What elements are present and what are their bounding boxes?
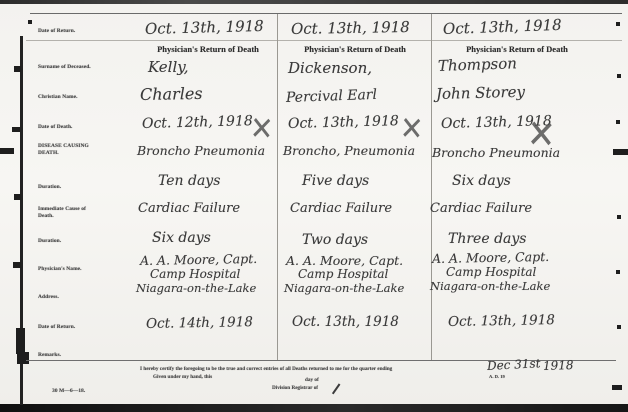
scan-dot-right-4 — [617, 215, 621, 219]
record-1-surname: Kelly, — [148, 58, 189, 76]
division-registrar-label: Division Registrar of — [272, 385, 318, 391]
record-3-address-line2: Niagara-on-the-Lake — [430, 279, 550, 293]
record-1-date-of-death: Oct. 12th, 1918 — [142, 113, 253, 132]
label-duration-1: Duration. — [38, 184, 61, 191]
label-address: Address. — [38, 294, 59, 301]
scan-dot-right-5 — [616, 270, 620, 274]
scan-edge-bottom — [0, 404, 628, 412]
column-divider-1 — [277, 14, 278, 360]
record-2-immediate-cause: Cardiac Failure — [290, 201, 392, 216]
given-under-hand-line: Given under my hand, this — [153, 374, 212, 380]
label-date-of-return: Date of Return. — [38, 28, 75, 35]
scan-dot-top-left — [28, 20, 32, 24]
scan-dot-right-1 — [616, 22, 620, 26]
certification-line: I hereby certify the foregoing to be the… — [140, 366, 392, 372]
scan-blot-left-bottom — [17, 352, 29, 364]
form-number: 30 M—6—18. — [52, 388, 85, 394]
record-2-christian-name: Percival Earl — [286, 87, 378, 106]
label-duration-2: Duration. — [38, 238, 61, 245]
label-remarks: Remarks. — [38, 352, 61, 359]
rule-under-return-row — [26, 40, 622, 41]
record-1-address-line2: Niagara-on-the-Lake — [136, 281, 256, 295]
scan-tick-left-5 — [13, 262, 21, 268]
x-mark-icon-2: ✕ — [399, 109, 424, 148]
scan-dot-right-3 — [616, 120, 620, 124]
record-1-immediate-cause: Cardiac Failure — [138, 201, 240, 216]
record-2-address-line2: Niagara-on-the-Lake — [284, 281, 404, 295]
record-3-surname: Thompson — [438, 54, 518, 75]
scan-edge-top — [0, 0, 628, 4]
label-christian-name: Christian Name. — [38, 94, 78, 101]
scan-blot-left-lower — [16, 328, 25, 354]
record-3-duration-1: Six days — [452, 173, 511, 189]
record-3-immediate-cause: Cardiac Failure — [430, 201, 532, 216]
column-header-1: Physician's Return of Death — [141, 44, 275, 54]
label-disease-line1: DISEASE CAUSING — [38, 143, 89, 150]
record-2-date-of-death: Oct. 13th, 1918 — [288, 113, 399, 132]
column-divider-2 — [431, 14, 432, 360]
rule-top — [30, 13, 622, 14]
record-3-date-of-return-top: Oct. 13th, 1918 — [443, 16, 562, 38]
label-date-of-death: Date of Death. — [38, 124, 72, 131]
record-2-surname: Dickenson, — [288, 59, 372, 77]
column-header-3: Physician's Return of Death — [436, 44, 598, 54]
record-3-physician: A. A. Moore, Capt. — [432, 249, 549, 266]
record-2-address-line1: Camp Hospital — [298, 267, 388, 281]
scan-tick-left-3 — [0, 148, 14, 154]
record-3-christian-name: John Storey — [436, 83, 525, 103]
label-immediate-line2: Death. — [38, 213, 54, 220]
day-of-label: day of — [305, 377, 319, 383]
record-1-date-of-return-bottom: Oct. 14th, 1918 — [146, 314, 253, 332]
scan-dot-right-2 — [617, 74, 621, 78]
record-1-date-of-return-top: Oct. 13th, 1918 — [145, 17, 264, 38]
label-date-of-return-2: Date of Return. — [38, 324, 75, 331]
label-immediate-line1: Immediate Cause of — [38, 206, 86, 213]
record-2-duration-2: Two days — [302, 232, 368, 248]
record-2-date-of-return-top: Oct. 13th, 1918 — [291, 18, 410, 38]
record-1-christian-name: Charles — [140, 84, 203, 104]
scan-tick-left-4 — [14, 194, 21, 200]
record-1-duration-1: Ten days — [158, 173, 220, 189]
x-mark-icon-3: ✕ — [526, 111, 557, 159]
label-physicians-name: Physician's Name. — [38, 266, 82, 273]
quarter-ending-year-handwritten: 1918 — [543, 358, 574, 373]
record-2-physician: A. A. Moore, Capt. — [286, 253, 403, 268]
record-3-address-line1: Camp Hospital — [446, 265, 536, 279]
record-2-duration-1: Five days — [302, 173, 369, 189]
scan-dash-right — [613, 149, 628, 155]
record-2-date-of-return-bottom: Oct. 13th, 1918 — [292, 314, 399, 330]
label-surname: Surname of Deceased. — [38, 64, 91, 71]
record-1-disease: Broncho Pneumonia — [137, 143, 265, 158]
record-3-duration-2: Three days — [448, 231, 526, 247]
x-mark-icon-1: ✕ — [249, 109, 274, 148]
scan-tick-left-2 — [12, 127, 20, 132]
scan-tick-left-1 — [14, 66, 21, 72]
record-3-date-of-return-bottom: Oct. 13th, 1918 — [448, 312, 555, 330]
scan-dot-right-6 — [617, 325, 621, 329]
quarter-ending-date-handwritten: Dec 31st — [487, 356, 541, 373]
record-2-disease: Broncho, Pneumonia — [283, 143, 415, 158]
record-1-physician: A. A. Moore, Capt. — [140, 251, 257, 268]
label-disease-line2: DEATH. — [38, 150, 59, 157]
record-1-address-line1: Camp Hospital — [150, 267, 240, 281]
scanned-document-page: Date of Return. Surname of Deceased. Chr… — [0, 0, 628, 412]
pen-stroke — [332, 383, 340, 394]
ad-19-label: A. D. 19 — [489, 374, 505, 379]
record-1-duration-2: Six days — [152, 230, 211, 246]
scan-dash-right-bottom — [612, 385, 622, 390]
column-header-2: Physician's Return of Death — [283, 44, 427, 54]
